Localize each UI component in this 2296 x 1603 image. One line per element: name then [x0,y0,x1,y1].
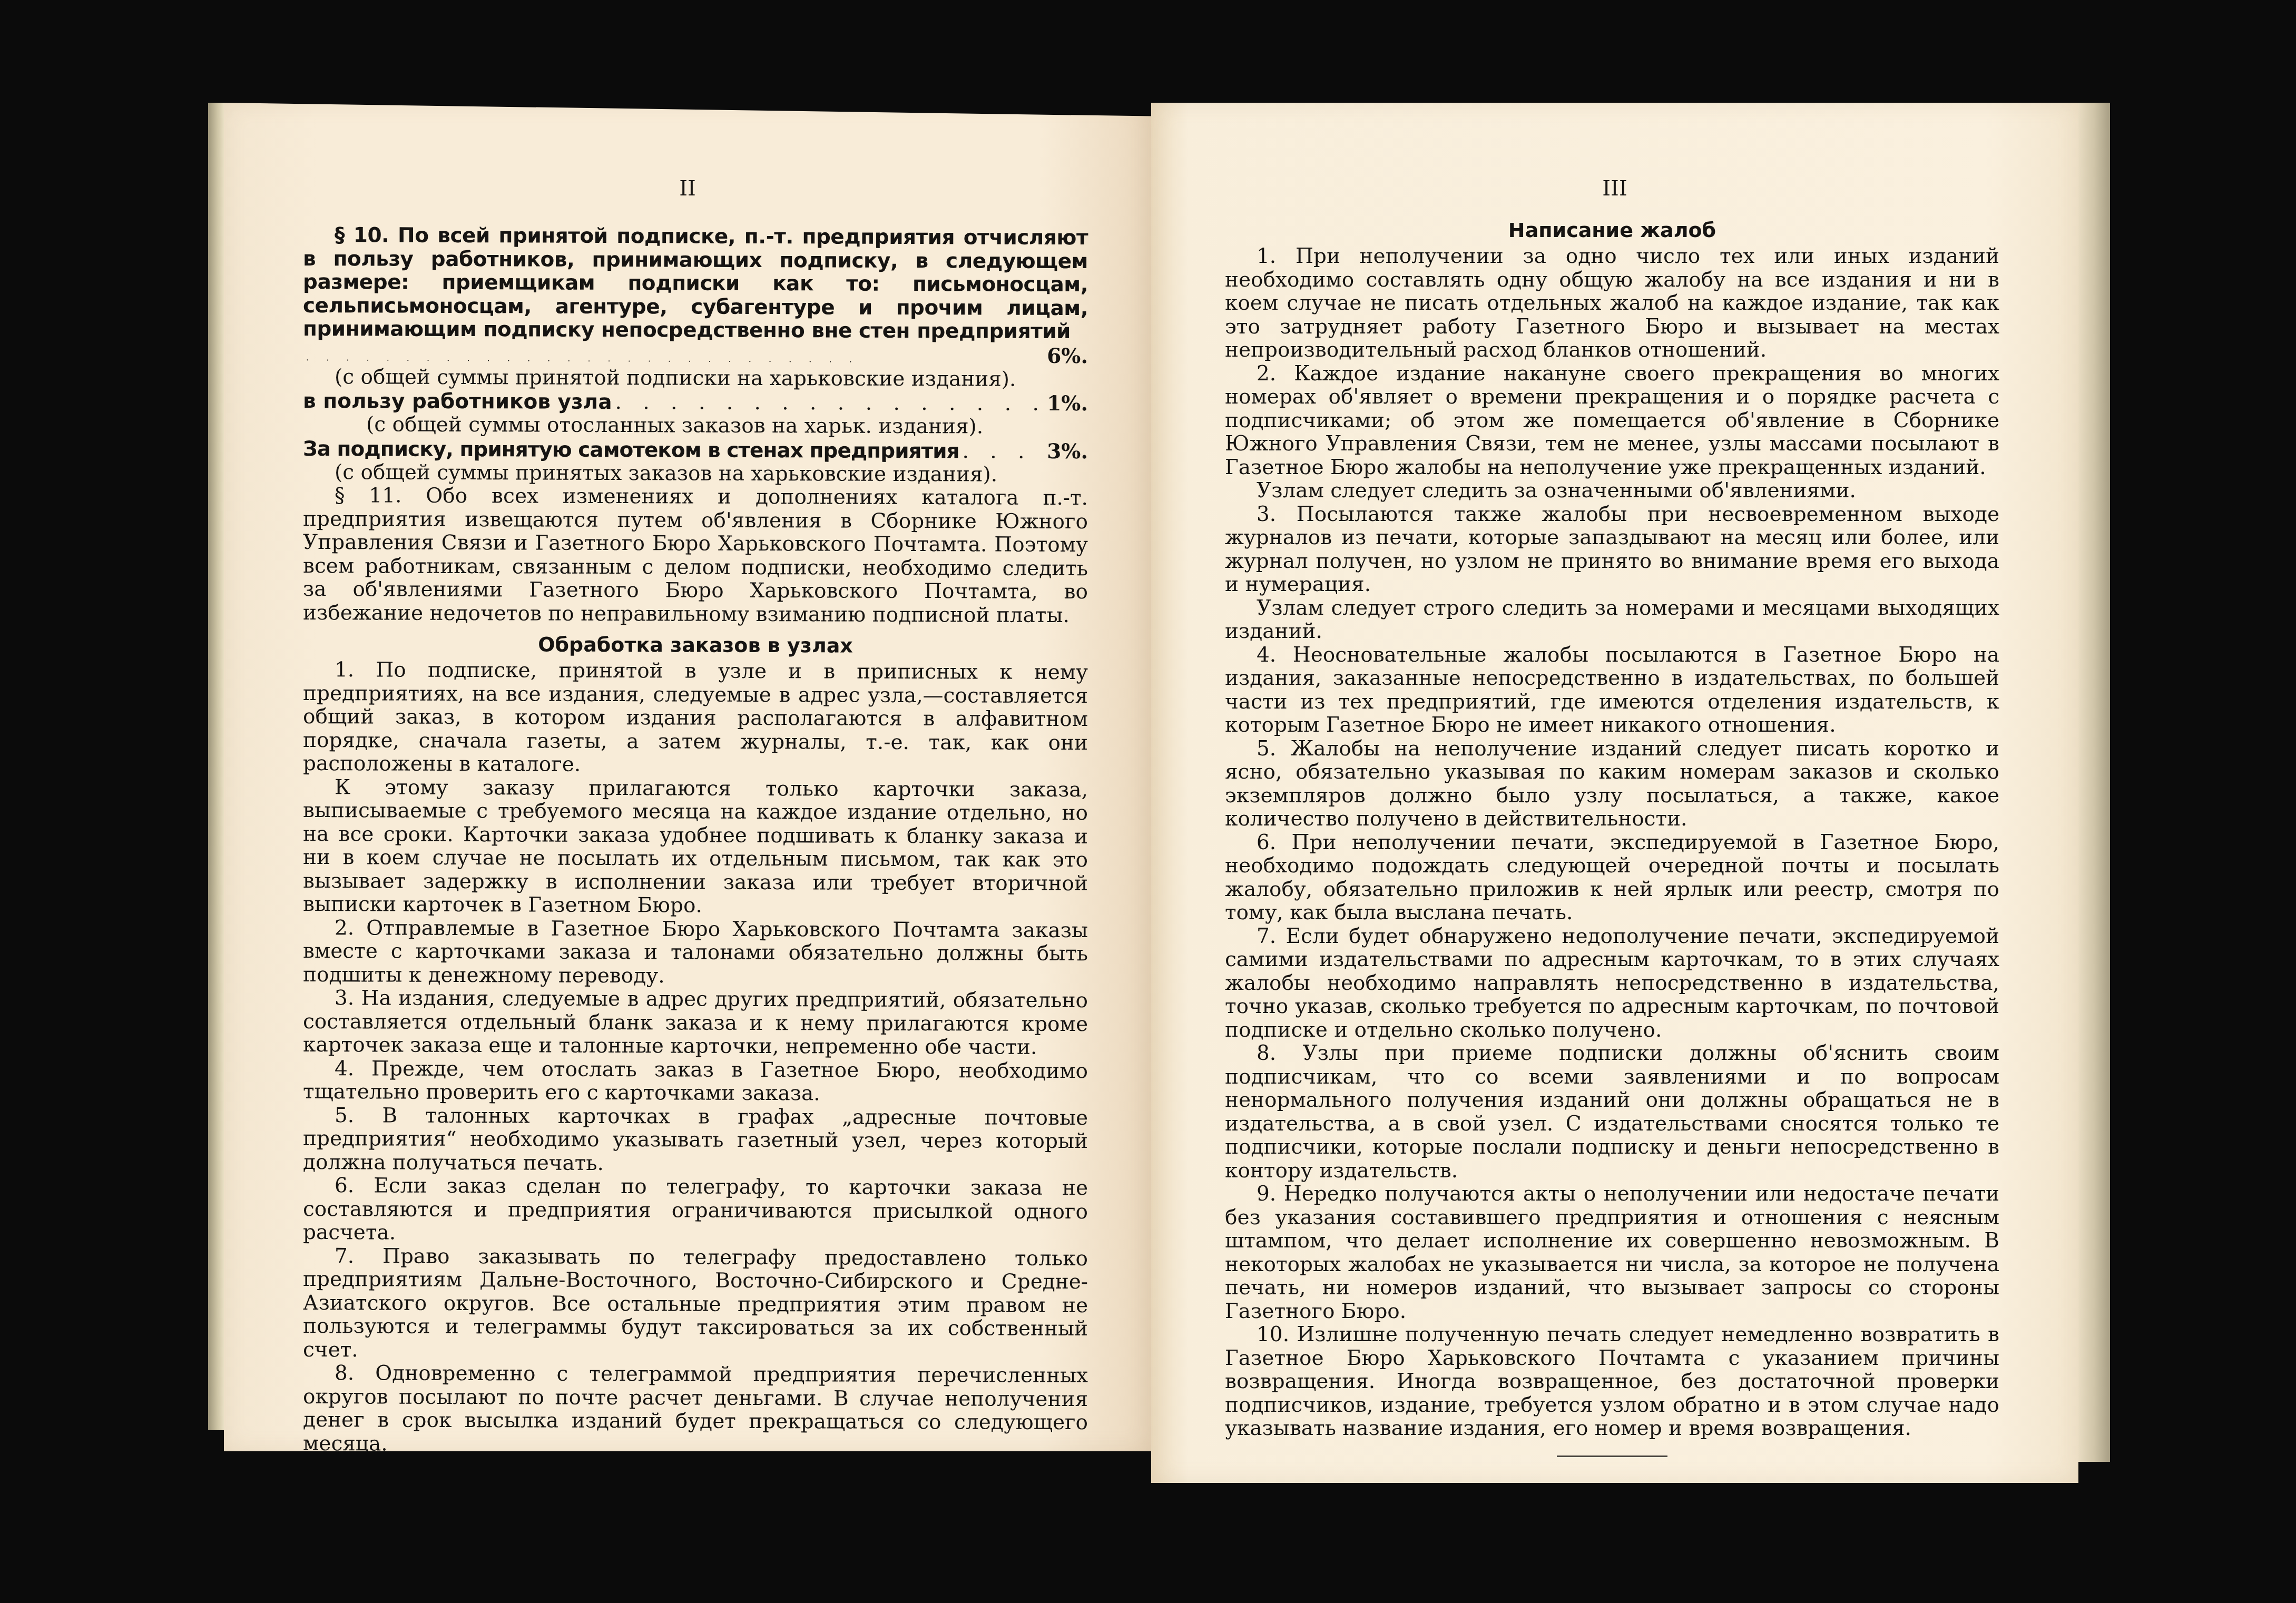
paragraph: Узлам следует строго следить за номерами… [1225,597,1999,644]
paragraph: 1. По подписке, принятой в узле и в прип… [303,658,1088,779]
right-page-content: Написание жалоб 1. При неполучении за од… [1225,219,1999,1457]
paragraph: 5. Жалобы на неполучение изданий следует… [1225,737,1999,831]
section-heading: Написание жалоб [1225,219,1999,242]
paragraph: 7. Право заказывать по телеграфу предост… [303,1245,1088,1365]
rate-row-1: . . . . . . . . . . . . . . . . . . . . … [303,341,1088,368]
paragraph: 1. При неполучении за одно число тех или… [1225,245,1999,362]
paragraph: 9. Нередко получаются акты о неполучении… [1225,1183,1999,1323]
left-page: II § 10. По всей принятой подписке, п.-т… [224,103,1151,1451]
left-page-content: § 10. По всей принятой подписке, п.-т. п… [303,224,1088,1576]
paragraph: 5. В талонных карточках в графах „адресн… [303,1104,1088,1177]
rate-note: (с общей суммы принятой подписки на харь… [303,366,1088,392]
paragraph: 3. Посылаются также жалобы при несвоевре… [1225,503,1999,597]
left-page-edges [208,103,224,1430]
paragraph: 4. Неосновательные жалобы посылаются в Г… [1225,644,1999,737]
rate-value: 1%. [1047,391,1088,416]
open-booklet: II § 10. По всей принятой подписке, п.-т… [208,92,2115,1493]
paragraph: 3. На издания, следуемые в адрес других … [303,987,1088,1060]
paragraph: 2. Отправлемые в Газетное Бюро Харьковск… [303,917,1088,990]
rate-note: (с общей суммы отосланных заказов на хар… [303,413,1088,439]
paragraph: Узлам следует следить за означенными об'… [1225,479,1999,503]
right-page: III Написание жалоб 1. При неполучении з… [1151,103,2078,1483]
page-number-right: III [1151,176,2078,203]
paragraph: 8. Узлы при приеме подписки должны об'яс… [1225,1042,1999,1183]
paragraph: 8. Одновременно с телеграммой предприяти… [303,1362,1088,1458]
paragraph: 6. Если заказ сделан по телеграфу, то ка… [303,1174,1088,1247]
rate-row-3: За подписку, принятую самотеком в стенах… [303,437,1088,464]
right-page-edges [2078,103,2110,1462]
paragraph: К этому заказу прилагаются только карточ… [303,776,1088,919]
rate-row-2: в пользу работников узла. . . . . . . . … [303,389,1088,416]
paragraph: 10. Излишне полученную печать следует не… [1225,1323,1999,1441]
page-number-left: II [224,176,1151,203]
paragraph: 2. Каждое издание накануне своего прекра… [1225,362,1999,480]
paragraph: 4. Прежде, чем отослать заказ в Газетное… [303,1057,1088,1107]
paragraph: 6. При неполучении печати, экспедируемой… [1225,831,1999,925]
rate-note: (с общей суммы принятых заказов на харьк… [303,461,1088,487]
rate-value: 6%. [1047,343,1088,368]
section-10-text: § 10. По всей принятой подписке, п.-т. п… [303,224,1088,344]
paragraph: 9. При составлении заказов в графе „Удер… [303,1456,1088,1576]
section-heading: Обработка заказов в узлах [303,632,1088,658]
rate-label: в пользу работников узла [303,389,612,414]
rate-value: 3%. [1047,439,1088,463]
rate-label: За подписку, принятую самотеком в стенах… [303,437,959,463]
paragraph: 7. Если будет обнаружено недополучение п… [1225,925,1999,1043]
section-11-text: § 11. Обо всех изменениях и дополнениях … [303,484,1088,627]
closing-rule-divider [1557,1456,1667,1457]
